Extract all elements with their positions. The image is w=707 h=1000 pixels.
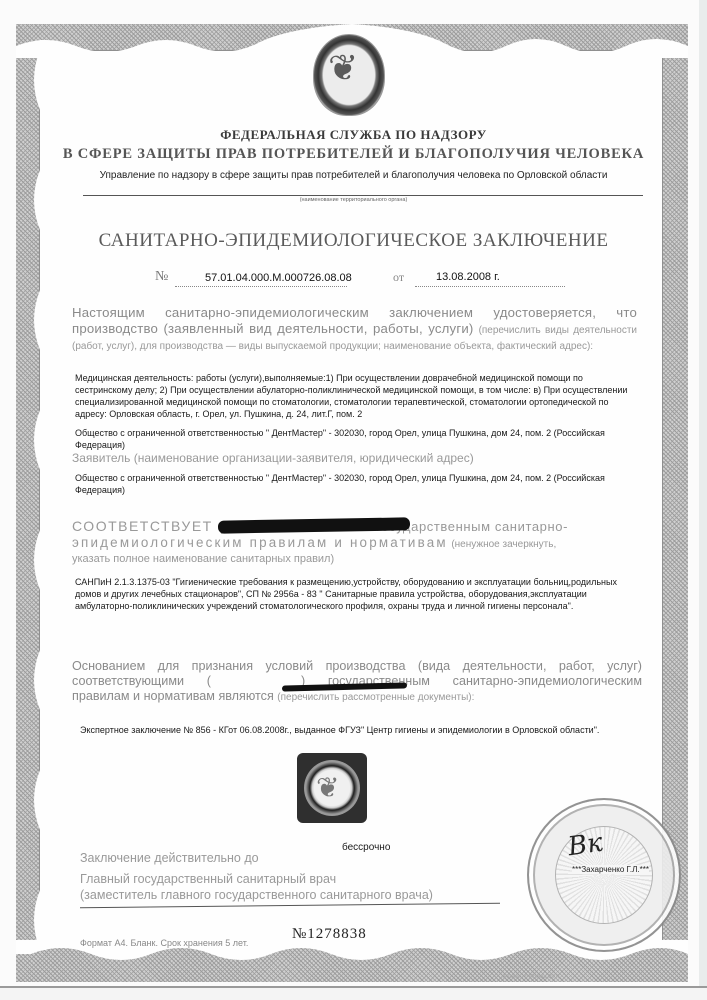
conformity-line2: эпидемиологическим правилам и нормативам [72, 535, 448, 550]
applicant-label: Заявитель (наименование организации-заяв… [72, 451, 474, 465]
scan-bottom-edge [0, 986, 707, 1000]
number-label: № [155, 269, 168, 285]
applicant-value: Общество с ограниченной ответственностью… [75, 472, 635, 496]
conclusion-number: 57.01.04.000.М.000726.08.08 [205, 272, 352, 284]
blank-serial-number: №1278838 [292, 926, 367, 943]
signatory-title: Главный государственный санитарный врач [80, 872, 336, 886]
territorial-department: Управление по надзору в сфере защиты пра… [0, 170, 707, 181]
conformity-word: СООТВЕТСТВУЕТ ( [72, 518, 224, 534]
basis-statement: Основанием для признания условий произво… [72, 659, 642, 705]
double-headed-eagle-icon: ❦ [316, 771, 339, 804]
conclusion-date: 13.08.2008 г. [436, 271, 500, 283]
official-stamp [527, 798, 681, 952]
divider [83, 195, 643, 196]
hologram-emblem: ❦ [297, 753, 367, 823]
coat-of-arms-emblem: ❦ [313, 34, 385, 116]
signatory-name: ***Захарченко Г.Л.*** [572, 865, 649, 874]
department-caption: (наименование территориального органа) [0, 197, 707, 203]
production-statement: Настоящим санитарно-эпидемиологическим з… [72, 305, 637, 354]
validity-value: бессрочно [342, 842, 390, 853]
expert-opinion: Экспертное заключение № 856 - КГот 06.08… [80, 725, 640, 735]
signatory-title-deputy: (заместитель главного государственного с… [80, 888, 433, 902]
document-title: САНИТАРНО-ЭПИДЕМИОЛОГИЧЕСКОЕ ЗАКЛЮЧЕНИЕ [0, 230, 707, 252]
number-underline [175, 286, 347, 287]
printer-note: ...Гознак... г. Москва, 2007 [500, 974, 560, 980]
basis-hint: (перечислить рассмотренные документы): [277, 692, 474, 703]
date-underline [415, 286, 565, 287]
agency-title-line2: В СФЕРЕ ЗАЩИТЫ ПРАВ ПОТРЕБИТЕЛЕЙ И БЛАГО… [0, 146, 707, 163]
validity-label: Заключение действительно до [80, 851, 259, 865]
agency-title-line1: ФЕДЕРАЛЬНАЯ СЛУЖБА ПО НАДЗОРУ [0, 127, 707, 143]
handwritten-signature: Вк [566, 828, 604, 863]
sanitary-rules-list: САНПиН 2.1.3.1375-03 "Гигиенические треб… [75, 576, 635, 612]
activity-description: Медицинская деятельность: работы (услуги… [75, 372, 635, 420]
conformity-hint: (ненужное зачеркнуть, [451, 539, 556, 550]
double-headed-eagle-icon: ❦ [328, 47, 358, 89]
format-note: Формат А4. Бланк. Срок хранения 5 лет. [80, 938, 248, 948]
production-organization: Общество с ограниченной ответственностью… [75, 427, 635, 451]
date-label: от [393, 270, 404, 285]
conformity-line3: указать полное наименование санитарных п… [72, 552, 642, 567]
